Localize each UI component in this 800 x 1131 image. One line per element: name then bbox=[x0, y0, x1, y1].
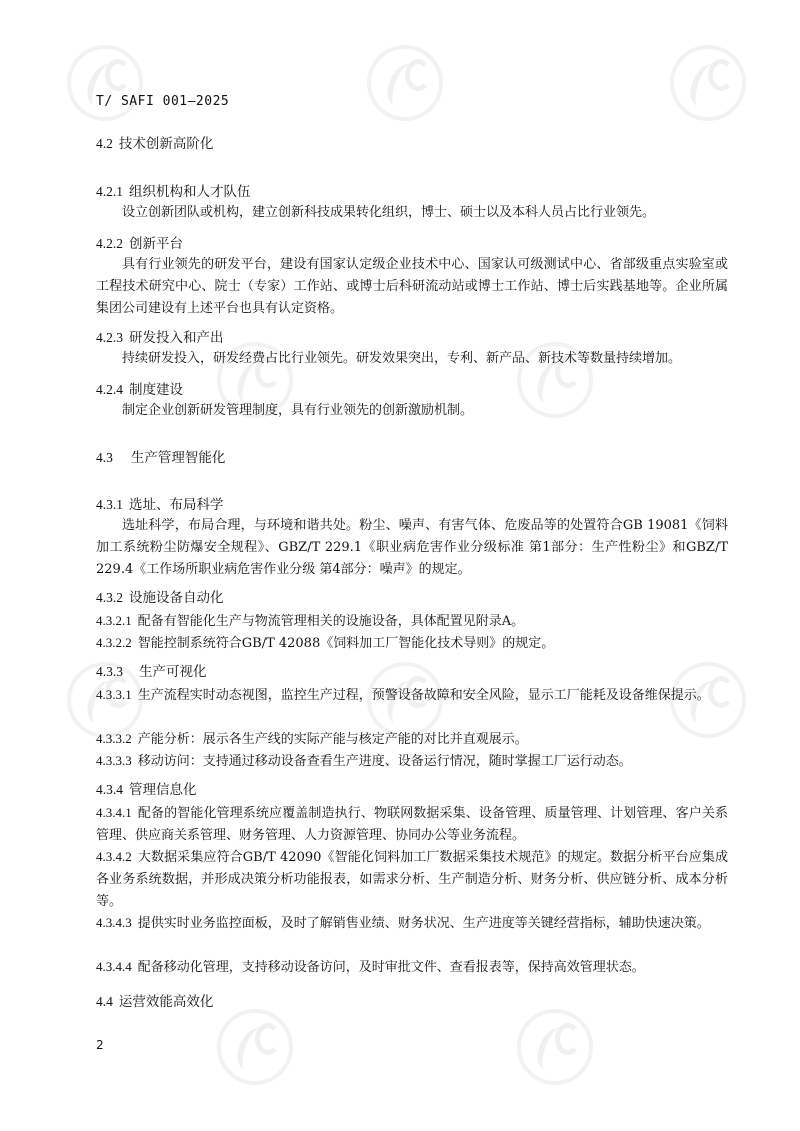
section-number: 4.3.1 bbox=[96, 497, 123, 512]
clause-text: 移动访问：支持通过移动设备查看生产进度、设备运行情况，随时掌握工厂运行动态。 bbox=[138, 754, 632, 769]
clause-text: 配备的智能化管理系统应覆盖制造执行、物联网数据采集、设备管理、质量管理、计划管理… bbox=[96, 806, 728, 843]
watermark-logo-icon bbox=[517, 1009, 593, 1085]
section-number: 4.3 bbox=[96, 450, 113, 465]
section-heading-4-2-1: 4.2.1组织机构和人才队伍 bbox=[96, 180, 251, 200]
section-number: 4.2 bbox=[96, 136, 113, 151]
section-heading-4-2-3: 4.2.3研发投入和产出 bbox=[96, 326, 224, 346]
section-heading-4-3-3: 4.3.3生产可视化 bbox=[96, 660, 207, 680]
section-number: 4.2.2 bbox=[96, 236, 123, 251]
clause-4-3-4-3: 4.3.4.3提供实时业务监控面板，及时了解销售业绩、财务状况、生产进度等关键经… bbox=[96, 912, 728, 935]
clause-number: 4.3.3.2 bbox=[96, 731, 132, 746]
section-heading-4-3-4: 4.3.4管理信息化 bbox=[96, 778, 197, 798]
section-title: 技术创新高阶化 bbox=[119, 136, 214, 152]
section-heading-4-4: 4.4运营效能高效化 bbox=[96, 990, 213, 1010]
section-heading-4-3-1: 4.3.1选址、布局科学 bbox=[96, 493, 224, 513]
section-title: 选址、布局科学 bbox=[129, 497, 224, 513]
section-heading-4-3: 4.3生产管理智能化 bbox=[96, 446, 225, 466]
clause-number: 4.3.4.2 bbox=[96, 849, 132, 864]
clause-4-3-2-2: 4.3.2.2智能控制系统符合GB/T 42088《饲料加工厂智能化技术导则》的… bbox=[96, 632, 728, 655]
clause-text: 生产流程实时动态视图，监控生产过程，预警设备故障和安全风险，显示工厂能耗及设备维… bbox=[138, 688, 710, 703]
section-title: 制度建设 bbox=[129, 382, 183, 398]
watermark-logo-icon bbox=[367, 45, 443, 121]
section-number: 4.3.4 bbox=[96, 782, 123, 797]
clause-4-3-4-2: 4.3.4.2大数据采集应符合GB/T 42090《智能化饲料加工厂数据采集技术… bbox=[96, 846, 728, 913]
section-title: 组织机构和人才队伍 bbox=[129, 184, 251, 200]
section-heading-4-2-2: 4.2.2创新平台 bbox=[96, 232, 183, 252]
section-heading-4-2: 4.2技术创新高阶化 bbox=[96, 132, 213, 152]
clause-4-3-3-1: 4.3.3.1生产流程实时动态视图，监控生产过程，预警设备故障和安全风险，显示工… bbox=[96, 684, 728, 707]
clause-text: 智能控制系统符合GB/T 42088《饲料加工厂智能化技术导则》的规定。 bbox=[138, 636, 554, 651]
clause-number: 4.3.2.1 bbox=[96, 613, 132, 628]
clause-text: 配备移动化管理，支持移动设备访问，及时审批文件、查看报表等，保持高效管理状态。 bbox=[138, 960, 645, 975]
section-number: 4.3.2 bbox=[96, 590, 123, 605]
paragraph-4-2-4: 制定企业创新研发管理制度，具有行业领先的创新激励机制。 bbox=[96, 400, 728, 422]
clause-number: 4.3.3.3 bbox=[96, 753, 132, 768]
clause-number: 4.3.2.2 bbox=[96, 635, 132, 650]
watermark-logo-icon bbox=[670, 45, 746, 121]
clause-4-3-4-4: 4.3.4.4配备移动化管理，支持移动设备访问，及时审批文件、查看报表等，保持高… bbox=[96, 956, 728, 979]
section-number: 4.4 bbox=[96, 994, 113, 1009]
section-title: 设施设备自动化 bbox=[129, 590, 224, 606]
clause-4-3-3-3: 4.3.3.3移动访问：支持通过移动设备查看生产进度、设备运行情况，随时掌握工厂… bbox=[96, 750, 728, 773]
clause-number: 4.3.3.1 bbox=[96, 687, 132, 702]
section-title: 生产可视化 bbox=[139, 664, 207, 680]
clause-text: 配备有智能化生产与物流管理相关的设施设备，具体配置见附录A。 bbox=[138, 614, 524, 629]
clause-text: 产能分析：展示各生产线的实际产能与核定产能的对比并直观展示。 bbox=[138, 732, 528, 747]
watermark-logo-icon bbox=[217, 1009, 293, 1085]
paragraph-4-2-1: 设立创新团队或机构，建立创新科技成果转化组织，博士、硕士以及本科人员占比行业领先… bbox=[96, 202, 728, 224]
section-number: 4.2.1 bbox=[96, 184, 123, 199]
page-number: 2 bbox=[96, 1038, 104, 1052]
paragraph-4-2-3: 持续研发投入，研发经费占比行业领先。研发效果突出，专利、新产品、新技术等数量持续… bbox=[96, 348, 728, 370]
section-heading-4-3-2: 4.3.2设施设备自动化 bbox=[96, 586, 224, 606]
section-number: 4.2.4 bbox=[96, 382, 123, 397]
section-title: 运营效能高效化 bbox=[119, 994, 214, 1010]
section-heading-4-2-4: 4.2.4制度建设 bbox=[96, 378, 183, 398]
clause-4-3-2-1: 4.3.2.1配备有智能化生产与物流管理相关的设施设备，具体配置见附录A。 bbox=[96, 610, 728, 633]
clause-text: 大数据采集应符合GB/T 42090《智能化饲料加工厂数据采集技术规范》的规定。… bbox=[96, 850, 728, 909]
section-title: 创新平台 bbox=[129, 236, 183, 252]
clause-number: 4.3.4.3 bbox=[96, 915, 132, 930]
section-title: 管理信息化 bbox=[129, 782, 197, 798]
clause-4-3-4-1: 4.3.4.1配备的智能化管理系统应覆盖制造执行、物联网数据采集、设备管理、质量… bbox=[96, 802, 728, 847]
section-number: 4.2.3 bbox=[96, 330, 123, 345]
paragraph-4-3-1: 选址科学，布局合理，与环境和谐共处。粉尘、噪声、有害气体、危废品等的处置符合GB… bbox=[96, 515, 728, 581]
paragraph-4-2-2: 具有行业领先的研发平台，建设有国家认定级企业技术中心、国家认可级测试中心、省部级… bbox=[96, 254, 728, 320]
clause-text: 提供实时业务监控面板，及时了解销售业绩、财务状况、生产进度等关键经营指标，辅助快… bbox=[138, 916, 710, 931]
clause-4-3-3-2: 4.3.3.2产能分析：展示各生产线的实际产能与核定产能的对比并直观展示。 bbox=[96, 728, 728, 751]
section-number: 4.3.3 bbox=[96, 664, 123, 679]
watermark-logo-icon bbox=[67, 45, 143, 121]
standard-code: T/ SAFI 001—2025 bbox=[96, 94, 229, 109]
section-title: 生产管理智能化 bbox=[131, 450, 226, 466]
clause-number: 4.3.4.4 bbox=[96, 959, 132, 974]
section-title: 研发投入和产出 bbox=[129, 330, 224, 346]
clause-number: 4.3.4.1 bbox=[96, 805, 132, 820]
